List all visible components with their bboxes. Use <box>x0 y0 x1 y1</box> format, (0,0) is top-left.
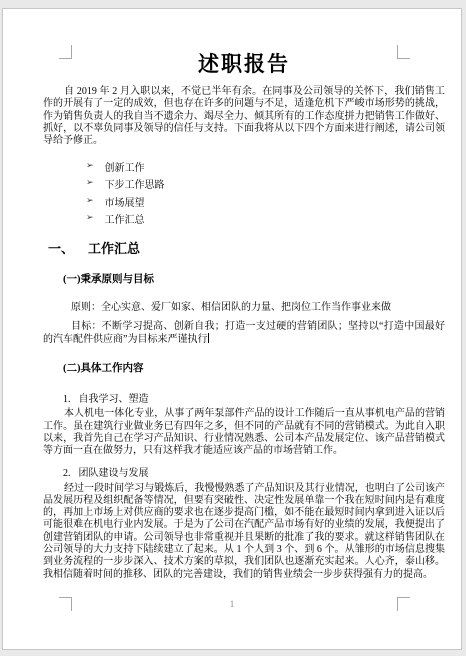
item-number: 1. <box>63 394 71 405</box>
document-page[interactable]: 述职报告 自 2019 年 2 月入职以来，不觉已半年有余。在同事及公司领导的关… <box>2 8 462 650</box>
intro-paragraph[interactable]: 自 2019 年 2 月入职以来，不觉已半年有余。在同事及公司领导的关怀下，我们… <box>43 86 445 147</box>
section-heading[interactable]: 一、工作汇总 <box>48 238 445 257</box>
document-window: 述职报告 自 2019 年 2 月入职以来，不觉已半年有余。在同事及公司领导的关… <box>0 0 466 656</box>
text-caret <box>208 333 209 343</box>
principle-line[interactable]: 原则：全心实意、爱厂如家、相信团队的力量、把岗位工作当作事业来做 <box>43 302 445 314</box>
numbered-item-heading-1[interactable]: 1.自我学习、塑造 <box>63 390 445 405</box>
document-title[interactable]: 述职报告 <box>43 51 445 77</box>
item-number: 2. <box>63 468 71 479</box>
item-title: 团队建设与发展 <box>79 468 149 479</box>
outline-item-label: 市场展望 <box>105 194 145 209</box>
goal-text: 目标：不断学习提高、创新自我；打造一支过硬的营销团队；坚持以“打造中国最好的汽车… <box>43 321 445 345</box>
outline-item[interactable]: ➢ 创新工作 <box>43 157 445 175</box>
section-number: 一、 <box>48 241 74 256</box>
outline-item[interactable]: ➢ 市场展望 <box>43 192 445 210</box>
arrow-bullet-icon: ➢ <box>86 179 94 188</box>
outline-item[interactable]: ➢ 下步工作思路 <box>43 175 445 193</box>
outline-list: ➢ 创新工作 ➢ 下步工作思路 ➢ 市场展望 ➢ 工作汇总 <box>43 157 445 227</box>
outline-item-label: 创新工作 <box>105 159 145 174</box>
arrow-bullet-icon: ➢ <box>86 162 94 171</box>
subsection-heading-work-content[interactable]: (二)具体工作内容 <box>63 360 445 375</box>
body-paragraph-self-study[interactable]: 本人机电一体化专业，从事了两年泵部件产品的设计工作随后一直从事机电产品的营销工作… <box>43 408 445 457</box>
outline-item[interactable]: ➢ 工作汇总 <box>43 210 445 228</box>
body-paragraph-team-building[interactable]: 经过一段时间学习与锻炼后，我慢慢熟悉了产品知识及其行业情况，也明白了公司该产品发… <box>43 483 445 581</box>
outline-item-label: 工作汇总 <box>105 211 145 226</box>
outline-item-label: 下步工作思路 <box>105 176 165 191</box>
numbered-item-heading-2[interactable]: 2.团队建设与发展 <box>63 464 445 479</box>
goal-paragraph[interactable]: 目标：不断学习提高、创新自我；打造一支过硬的营销团队；坚持以“打造中国最好的汽车… <box>43 321 445 347</box>
section-title: 工作汇总 <box>88 241 140 256</box>
item-title: 自我学习、塑造 <box>79 394 149 405</box>
arrow-bullet-icon: ➢ <box>86 214 94 223</box>
arrow-bullet-icon: ➢ <box>86 197 94 206</box>
text-area[interactable]: 述职报告 自 2019 年 2 月入职以来，不觉已半年有余。在同事及公司领导的关… <box>43 9 445 581</box>
footer-page-number: 1 <box>3 599 461 609</box>
subsection-heading-principles[interactable]: (一)秉承原则与目标 <box>63 271 445 286</box>
